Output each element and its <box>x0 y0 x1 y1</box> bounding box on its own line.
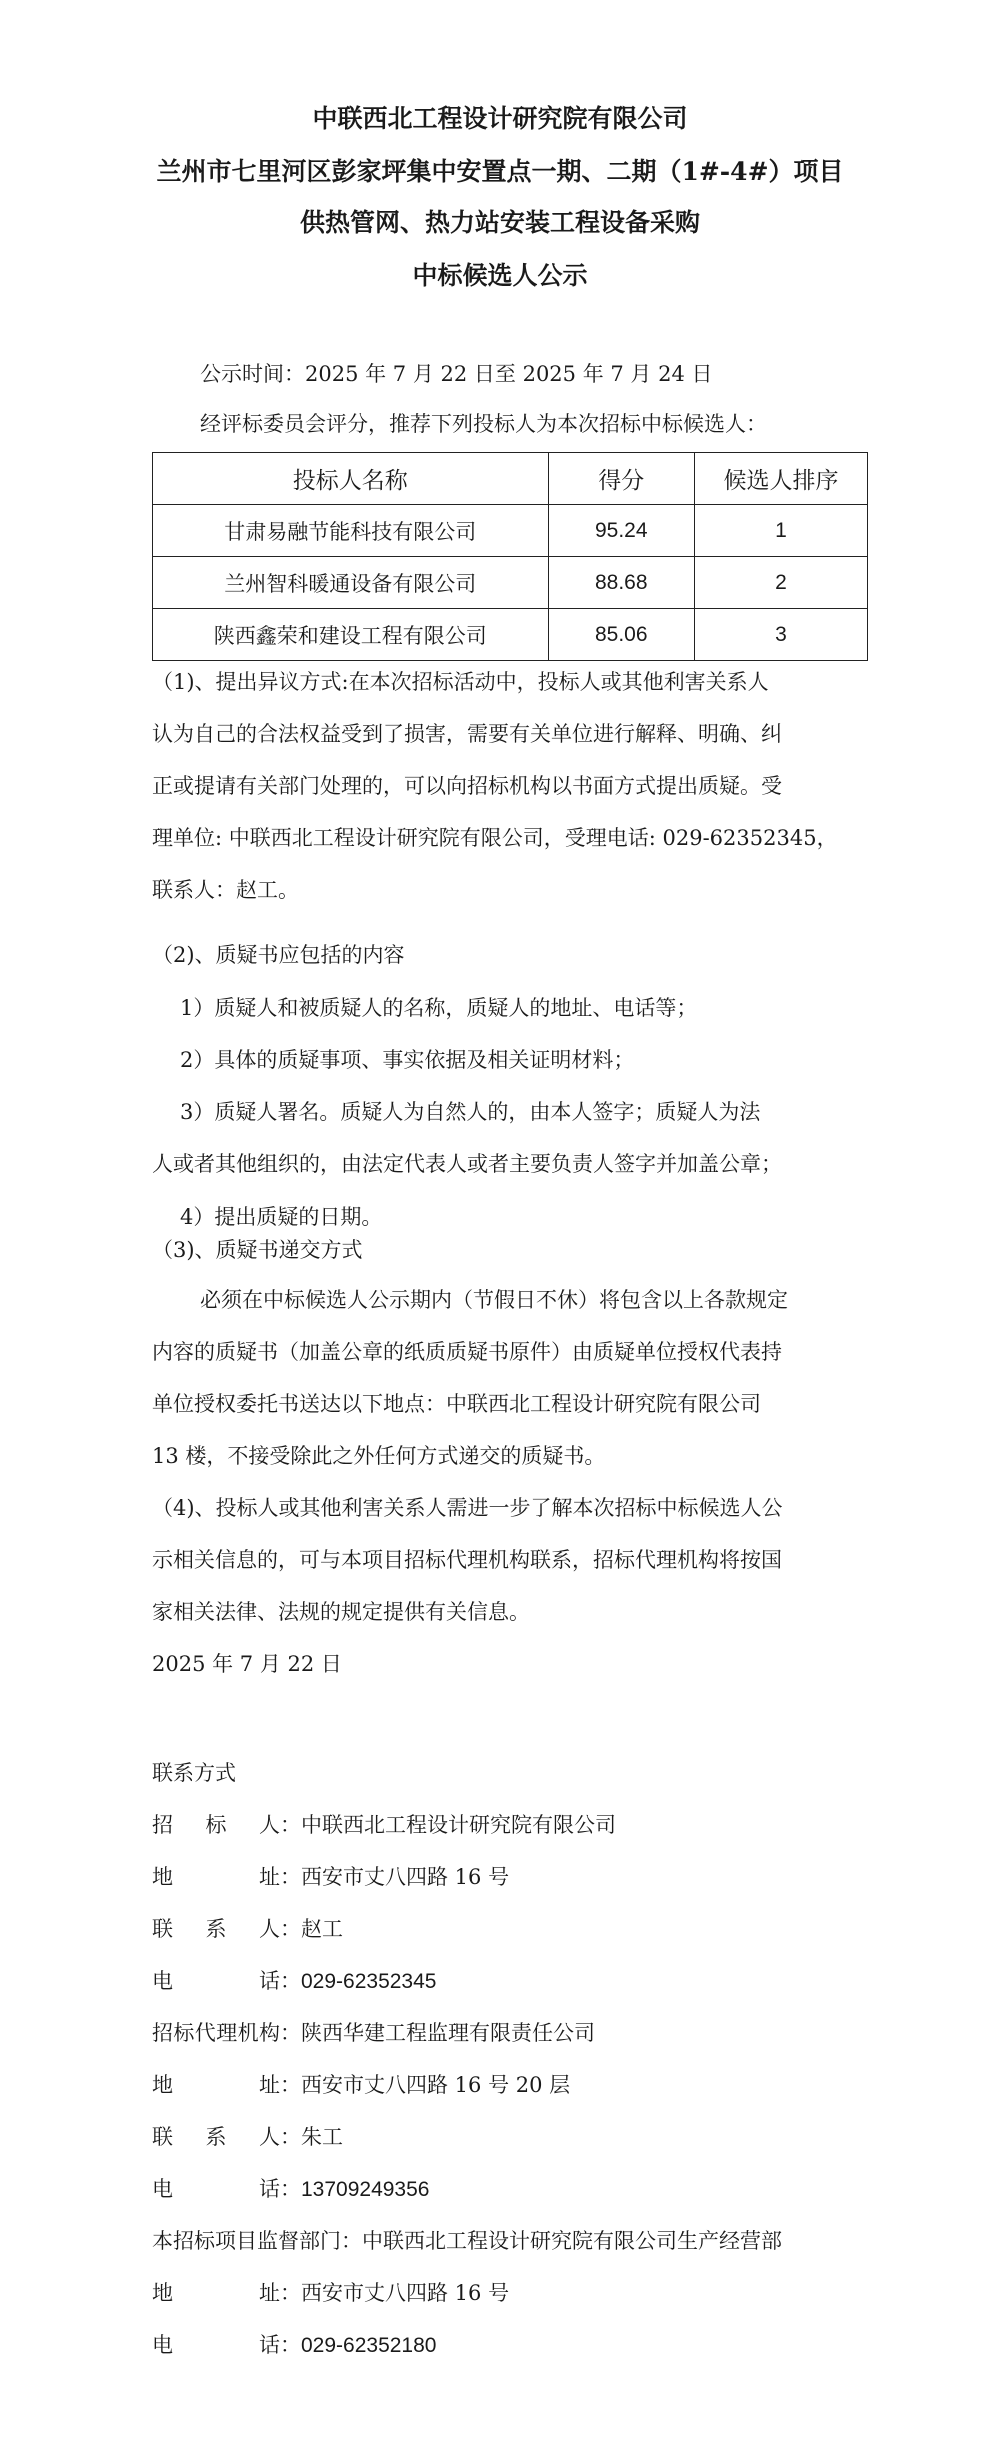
table-header-row: 投标人名称 得分 候选人排序 <box>153 453 868 505</box>
header-rank: 候选人排序 <box>694 453 867 505</box>
contact-value: 赵工 <box>301 1917 343 1941</box>
contact-supervisor-address: 地址：西安市丈八四路 16 号 <box>152 2277 509 2307</box>
header-score: 得分 <box>548 453 694 505</box>
section2-item: 2）具体的质疑事项、事实依据及相关证明材料； <box>180 1050 634 1071</box>
section3-line: 内容的质疑书（加盖公章的纸质质疑书原件）由质疑单位授权代表持 <box>152 1342 782 1363</box>
contact-label: 地址 <box>152 1861 280 1891</box>
contact-supervisor-phone: 电话：029-62352180 <box>152 2329 436 2359</box>
contact-value: 西安市丈八四路 16 号 20 层 <box>301 2073 570 2097</box>
doc-title-scope: 供热管网、热力站安装工程设备采购 <box>0 203 1000 239</box>
contact-label: 联系人 <box>152 1913 280 1943</box>
colon: ： <box>280 1969 301 1993</box>
contact-value: 陕西华建工程监理有限责任公司 <box>301 2021 595 2045</box>
recommend-statement: 经评标委员会评分，推荐下列投标人为本次招标中标候选人： <box>200 414 767 435</box>
section1-line: 认为自己的合法权益受到了损害，需要有关单位进行解释、明确、纠 <box>152 724 782 745</box>
table-row: 兰州智科暖通设备有限公司 88.68 2 <box>153 557 868 609</box>
contact-tenderer-phone: 电话：029-62352345 <box>152 1965 436 1995</box>
candidate-table: 投标人名称 得分 候选人排序 甘肃易融节能科技有限公司 95.24 1 兰州智科… <box>152 452 868 661</box>
doc-title-notice: 中标候选人公示 <box>0 256 1000 292</box>
section3-line: 13 楼，不接受除此之外任何方式递交的质疑书。 <box>152 1446 605 1467</box>
section4-line: （4)、投标人或其他利害关系人需进一步了解本次招标中标候选人公 <box>152 1498 783 1519</box>
contact-label: 电话 <box>152 1965 280 1995</box>
section2-item: 3）质疑人署名。质疑人为自然人的，由本人签字；质疑人为法 <box>180 1102 760 1123</box>
contact-agency-person: 联系人：朱工 <box>152 2121 343 2151</box>
contact-value: 中联西北工程设计研究院有限公司 <box>301 1813 616 1837</box>
section3-line: 必须在中标候选人公示期内（节假日不休）将包含以上各款规定 <box>200 1290 788 1311</box>
colon: ： <box>280 2177 301 2201</box>
colon: ： <box>280 1813 301 1837</box>
notice-date: 2025 年 7 月 22 日 <box>152 1654 342 1675</box>
colon: ： <box>280 1917 301 1941</box>
contact-agency-address: 地址：西安市丈八四路 16 号 20 层 <box>152 2069 570 2099</box>
contact-tenderer-address: 地址：西安市丈八四路 16 号 <box>152 1861 509 1891</box>
contact-label: 地址 <box>152 2069 280 2099</box>
bidder-rank: 3 <box>694 609 867 661</box>
colon: ： <box>280 2281 301 2305</box>
contact-agency-phone: 电话：13709249356 <box>152 2173 429 2203</box>
bidder-score: 88.68 <box>548 557 694 609</box>
bidder-rank: 1 <box>694 505 867 557</box>
section2-item-cont: 人或者其他组织的，由法定代表人或者主要负责人签字并加盖公章； <box>152 1154 782 1175</box>
contact-label: 招标人 <box>152 1809 280 1839</box>
bidder-score: 85.06 <box>548 609 694 661</box>
contact-value: 西安市丈八四路 16 号 <box>301 1865 509 1889</box>
section2-item: 1）质疑人和被质疑人的名称，质疑人的地址、电话等； <box>180 998 697 1019</box>
bidder-rank: 2 <box>694 557 867 609</box>
colon: ： <box>280 1865 301 1889</box>
section2-heading: （2)、质疑书应包括的内容 <box>152 945 405 966</box>
section4-line: 示相关信息的，可与本项目招标代理机构联系，招标代理机构将按国 <box>152 1550 782 1571</box>
contact-value: 029-62352345 <box>301 1970 436 1993</box>
section3-line: 单位授权委托书送达以下地点：中联西北工程设计研究院有限公司 <box>152 1394 761 1415</box>
contact-tenderer-person: 联系人：赵工 <box>152 1913 343 1943</box>
section1-line: 正或提请有关部门处理的，可以向招标机构以书面方式提出质疑。受 <box>152 776 782 797</box>
doc-title-company: 中联西北工程设计研究院有限公司 <box>0 99 1000 135</box>
section3-heading: （3)、质疑书递交方式 <box>152 1240 363 1261</box>
contact-tenderer: 招标人：中联西北工程设计研究院有限公司 <box>152 1809 616 1839</box>
section4-line: 家相关法律、法规的规定提供有关信息。 <box>152 1602 530 1623</box>
contact-label: 电话 <box>152 2173 280 2203</box>
table-row: 陕西鑫荣和建设工程有限公司 85.06 3 <box>153 609 868 661</box>
bidder-name: 兰州智科暖通设备有限公司 <box>153 557 549 609</box>
colon: ： <box>280 2021 301 2045</box>
bidder-name: 陕西鑫荣和建设工程有限公司 <box>153 609 549 661</box>
contact-supervisor: 本招标项目监督部门：中联西北工程设计研究院有限公司生产经营部 <box>152 2225 782 2255</box>
section1-line: （1)、提出异议方式:在本次招标活动中，投标人或其他利害关系人 <box>152 672 769 693</box>
doc-title-project: 兰州市七里河区彭家坪集中安置点一期、二期（1#-4#）项目 <box>0 152 1000 188</box>
contact-value: 029-62352180 <box>301 2334 436 2357</box>
bidder-name: 甘肃易融节能科技有限公司 <box>153 505 549 557</box>
header-bidder-name: 投标人名称 <box>153 453 549 505</box>
contact-label: 联系人 <box>152 2121 280 2151</box>
colon: ： <box>280 2073 301 2097</box>
contact-label: 电话 <box>152 2329 280 2359</box>
publicity-period: 公示时间：2025 年 7 月 22 日至 2025 年 7 月 24 日 <box>200 364 712 385</box>
colon: ： <box>341 2229 362 2253</box>
contact-value: 13709249356 <box>301 2178 429 2201</box>
contact-label: 地址 <box>152 2277 280 2307</box>
contact-heading: 联系方式 <box>152 1757 236 1787</box>
table-row: 甘肃易融节能科技有限公司 95.24 1 <box>153 505 868 557</box>
contact-value: 中联西北工程设计研究院有限公司生产经营部 <box>362 2229 782 2253</box>
contact-value: 西安市丈八四路 16 号 <box>301 2281 509 2305</box>
section2-item: 4）提出质疑的日期。 <box>180 1207 382 1228</box>
contact-label: 本招标项目监督部门 <box>152 2225 341 2255</box>
section1-line: 联系人：赵工。 <box>152 880 299 901</box>
colon: ： <box>280 2125 301 2149</box>
contact-value: 朱工 <box>301 2125 343 2149</box>
bidder-score: 95.24 <box>548 505 694 557</box>
contact-agency: 招标代理机构：陕西华建工程监理有限责任公司 <box>152 2017 595 2047</box>
contact-label: 招标代理机构 <box>152 2017 280 2047</box>
section1-line: 理单位: 中联西北工程设计研究院有限公司，受理电话: 029-62352345， <box>152 828 838 849</box>
colon: ： <box>280 2333 301 2357</box>
